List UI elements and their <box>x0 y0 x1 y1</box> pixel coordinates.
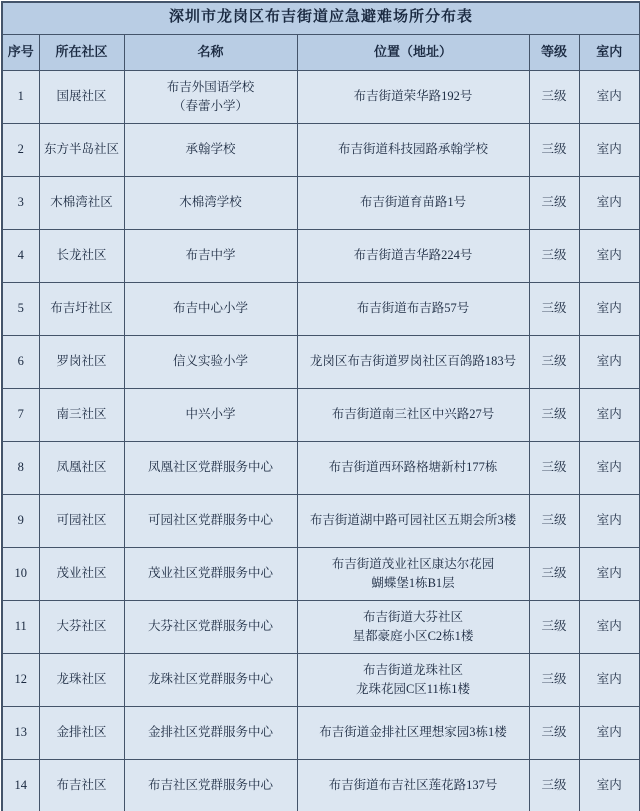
table-row: 11大芬社区大芬社区党群服务中心布吉街道大芬社区 星都豪庭小区C2栋1楼三级室内 <box>2 600 640 653</box>
row-number-cell: 12 <box>2 653 39 706</box>
level-cell: 三级 <box>529 229 579 282</box>
level-cell: 三级 <box>529 547 579 600</box>
community-cell: 布吉圩社区 <box>39 282 124 335</box>
address-cell: 布吉街道大芬社区 星都豪庭小区C2栋1楼 <box>297 600 529 653</box>
address-cell: 布吉街道茂业社区康达尔花园 蝴蝶堡1栋B1层 <box>297 547 529 600</box>
row-number-cell: 1 <box>2 70 39 123</box>
indoor-cell: 室内 <box>579 123 640 176</box>
row-number-cell: 7 <box>2 388 39 441</box>
table-row: 4长龙社区布吉中学布吉街道吉华路224号三级室内 <box>2 229 640 282</box>
header-row: 序号 所在社区 名称 位置（地址） 等级 室内 <box>2 34 640 70</box>
indoor-cell: 室内 <box>579 494 640 547</box>
address-cell: 布吉街道荣华路192号 <box>297 70 529 123</box>
column-header-level: 等级 <box>529 34 579 70</box>
level-cell: 三级 <box>529 70 579 123</box>
row-number-cell: 3 <box>2 176 39 229</box>
column-header-indoor: 室内 <box>579 34 640 70</box>
indoor-cell: 室内 <box>579 70 640 123</box>
community-cell: 罗岗社区 <box>39 335 124 388</box>
address-cell: 布吉街道金排社区理想家园3栋1楼 <box>297 706 529 759</box>
address-cell: 布吉街道科技园路承翰学校 <box>297 123 529 176</box>
row-number-cell: 4 <box>2 229 39 282</box>
indoor-cell: 室内 <box>579 282 640 335</box>
table-row: 13金排社区金排社区党群服务中心布吉街道金排社区理想家园3栋1楼三级室内 <box>2 706 640 759</box>
row-number-cell: 14 <box>2 759 39 811</box>
name-cell: 布吉中学 <box>124 229 297 282</box>
row-number-cell: 11 <box>2 600 39 653</box>
name-cell: 大芬社区党群服务中心 <box>124 600 297 653</box>
title-row: 深圳市龙岗区布吉街道应急避难场所分布表 <box>2 2 640 34</box>
table-row: 1国展社区布吉外国语学校 （春蕾小学）布吉街道荣华路192号三级室内 <box>2 70 640 123</box>
table-row: 14布吉社区布吉社区党群服务中心布吉街道布吉社区莲花路137号三级室内 <box>2 759 640 811</box>
column-header-name: 名称 <box>124 34 297 70</box>
name-cell: 布吉外国语学校 （春蕾小学） <box>124 70 297 123</box>
community-cell: 茂业社区 <box>39 547 124 600</box>
table-row: 6罗岗社区信义实验小学龙岗区布吉街道罗岗社区百鸽路183号三级室内 <box>2 335 640 388</box>
table-row: 9可园社区可园社区党群服务中心布吉街道湖中路可园社区五期会所3楼三级室内 <box>2 494 640 547</box>
row-number-cell: 8 <box>2 441 39 494</box>
table-row: 8凤凰社区凤凰社区党群服务中心布吉街道西环路格塘新村177栋三级室内 <box>2 441 640 494</box>
level-cell: 三级 <box>529 123 579 176</box>
table-title: 深圳市龙岗区布吉街道应急避难场所分布表 <box>2 2 640 34</box>
indoor-cell: 室内 <box>579 176 640 229</box>
column-header-index: 序号 <box>2 34 39 70</box>
name-cell: 布吉中心小学 <box>124 282 297 335</box>
indoor-cell: 室内 <box>579 388 640 441</box>
community-cell: 布吉社区 <box>39 759 124 811</box>
name-cell: 可园社区党群服务中心 <box>124 494 297 547</box>
column-header-community: 所在社区 <box>39 34 124 70</box>
level-cell: 三级 <box>529 759 579 811</box>
indoor-cell: 室内 <box>579 335 640 388</box>
row-number-cell: 13 <box>2 706 39 759</box>
community-cell: 南三社区 <box>39 388 124 441</box>
indoor-cell: 室内 <box>579 441 640 494</box>
row-number-cell: 9 <box>2 494 39 547</box>
row-number-cell: 10 <box>2 547 39 600</box>
table-row: 10茂业社区茂业社区党群服务中心布吉街道茂业社区康达尔花园 蝴蝶堡1栋B1层三级… <box>2 547 640 600</box>
level-cell: 三级 <box>529 282 579 335</box>
table-row: 5布吉圩社区布吉中心小学布吉街道布吉路57号三级室内 <box>2 282 640 335</box>
address-cell: 布吉街道吉华路224号 <box>297 229 529 282</box>
indoor-cell: 室内 <box>579 759 640 811</box>
address-cell: 布吉街道湖中路可园社区五期会所3楼 <box>297 494 529 547</box>
name-cell: 中兴小学 <box>124 388 297 441</box>
table-row: 2东方半岛社区承翰学校布吉街道科技园路承翰学校三级室内 <box>2 123 640 176</box>
address-cell: 布吉街道南三社区中兴路27号 <box>297 388 529 441</box>
address-cell: 布吉街道西环路格塘新村177栋 <box>297 441 529 494</box>
community-cell: 可园社区 <box>39 494 124 547</box>
level-cell: 三级 <box>529 494 579 547</box>
level-cell: 三级 <box>529 441 579 494</box>
community-cell: 长龙社区 <box>39 229 124 282</box>
row-number-cell: 2 <box>2 123 39 176</box>
community-cell: 金排社区 <box>39 706 124 759</box>
address-cell: 布吉街道布吉社区莲花路137号 <box>297 759 529 811</box>
column-header-address: 位置（地址） <box>297 34 529 70</box>
shelter-distribution-table: 深圳市龙岗区布吉街道应急避难场所分布表 序号 所在社区 名称 位置（地址） 等级… <box>1 1 640 811</box>
indoor-cell: 室内 <box>579 229 640 282</box>
community-cell: 凤凰社区 <box>39 441 124 494</box>
community-cell: 木棉湾社区 <box>39 176 124 229</box>
name-cell: 承翰学校 <box>124 123 297 176</box>
name-cell: 凤凰社区党群服务中心 <box>124 441 297 494</box>
name-cell: 布吉社区党群服务中心 <box>124 759 297 811</box>
address-cell: 布吉街道育苗路1号 <box>297 176 529 229</box>
community-cell: 大芬社区 <box>39 600 124 653</box>
community-cell: 龙珠社区 <box>39 653 124 706</box>
name-cell: 金排社区党群服务中心 <box>124 706 297 759</box>
table-row: 3木棉湾社区木棉湾学校布吉街道育苗路1号三级室内 <box>2 176 640 229</box>
indoor-cell: 室内 <box>579 547 640 600</box>
name-cell: 茂业社区党群服务中心 <box>124 547 297 600</box>
row-number-cell: 5 <box>2 282 39 335</box>
level-cell: 三级 <box>529 176 579 229</box>
row-number-cell: 6 <box>2 335 39 388</box>
indoor-cell: 室内 <box>579 600 640 653</box>
level-cell: 三级 <box>529 388 579 441</box>
level-cell: 三级 <box>529 600 579 653</box>
community-cell: 东方半岛社区 <box>39 123 124 176</box>
table-body: 1国展社区布吉外国语学校 （春蕾小学）布吉街道荣华路192号三级室内2东方半岛社… <box>2 70 640 811</box>
indoor-cell: 室内 <box>579 653 640 706</box>
table-row: 12龙珠社区龙珠社区党群服务中心布吉街道龙珠社区 龙珠花园C区11栋1楼三级室内 <box>2 653 640 706</box>
page: 深圳市龙岗区布吉街道应急避难场所分布表 序号 所在社区 名称 位置（地址） 等级… <box>0 0 640 811</box>
address-cell: 龙岗区布吉街道罗岗社区百鸽路183号 <box>297 335 529 388</box>
name-cell: 木棉湾学校 <box>124 176 297 229</box>
address-cell: 布吉街道龙珠社区 龙珠花园C区11栋1楼 <box>297 653 529 706</box>
level-cell: 三级 <box>529 335 579 388</box>
community-cell: 国展社区 <box>39 70 124 123</box>
table-row: 7南三社区中兴小学布吉街道南三社区中兴路27号三级室内 <box>2 388 640 441</box>
level-cell: 三级 <box>529 653 579 706</box>
name-cell: 龙珠社区党群服务中心 <box>124 653 297 706</box>
indoor-cell: 室内 <box>579 706 640 759</box>
name-cell: 信义实验小学 <box>124 335 297 388</box>
level-cell: 三级 <box>529 706 579 759</box>
address-cell: 布吉街道布吉路57号 <box>297 282 529 335</box>
